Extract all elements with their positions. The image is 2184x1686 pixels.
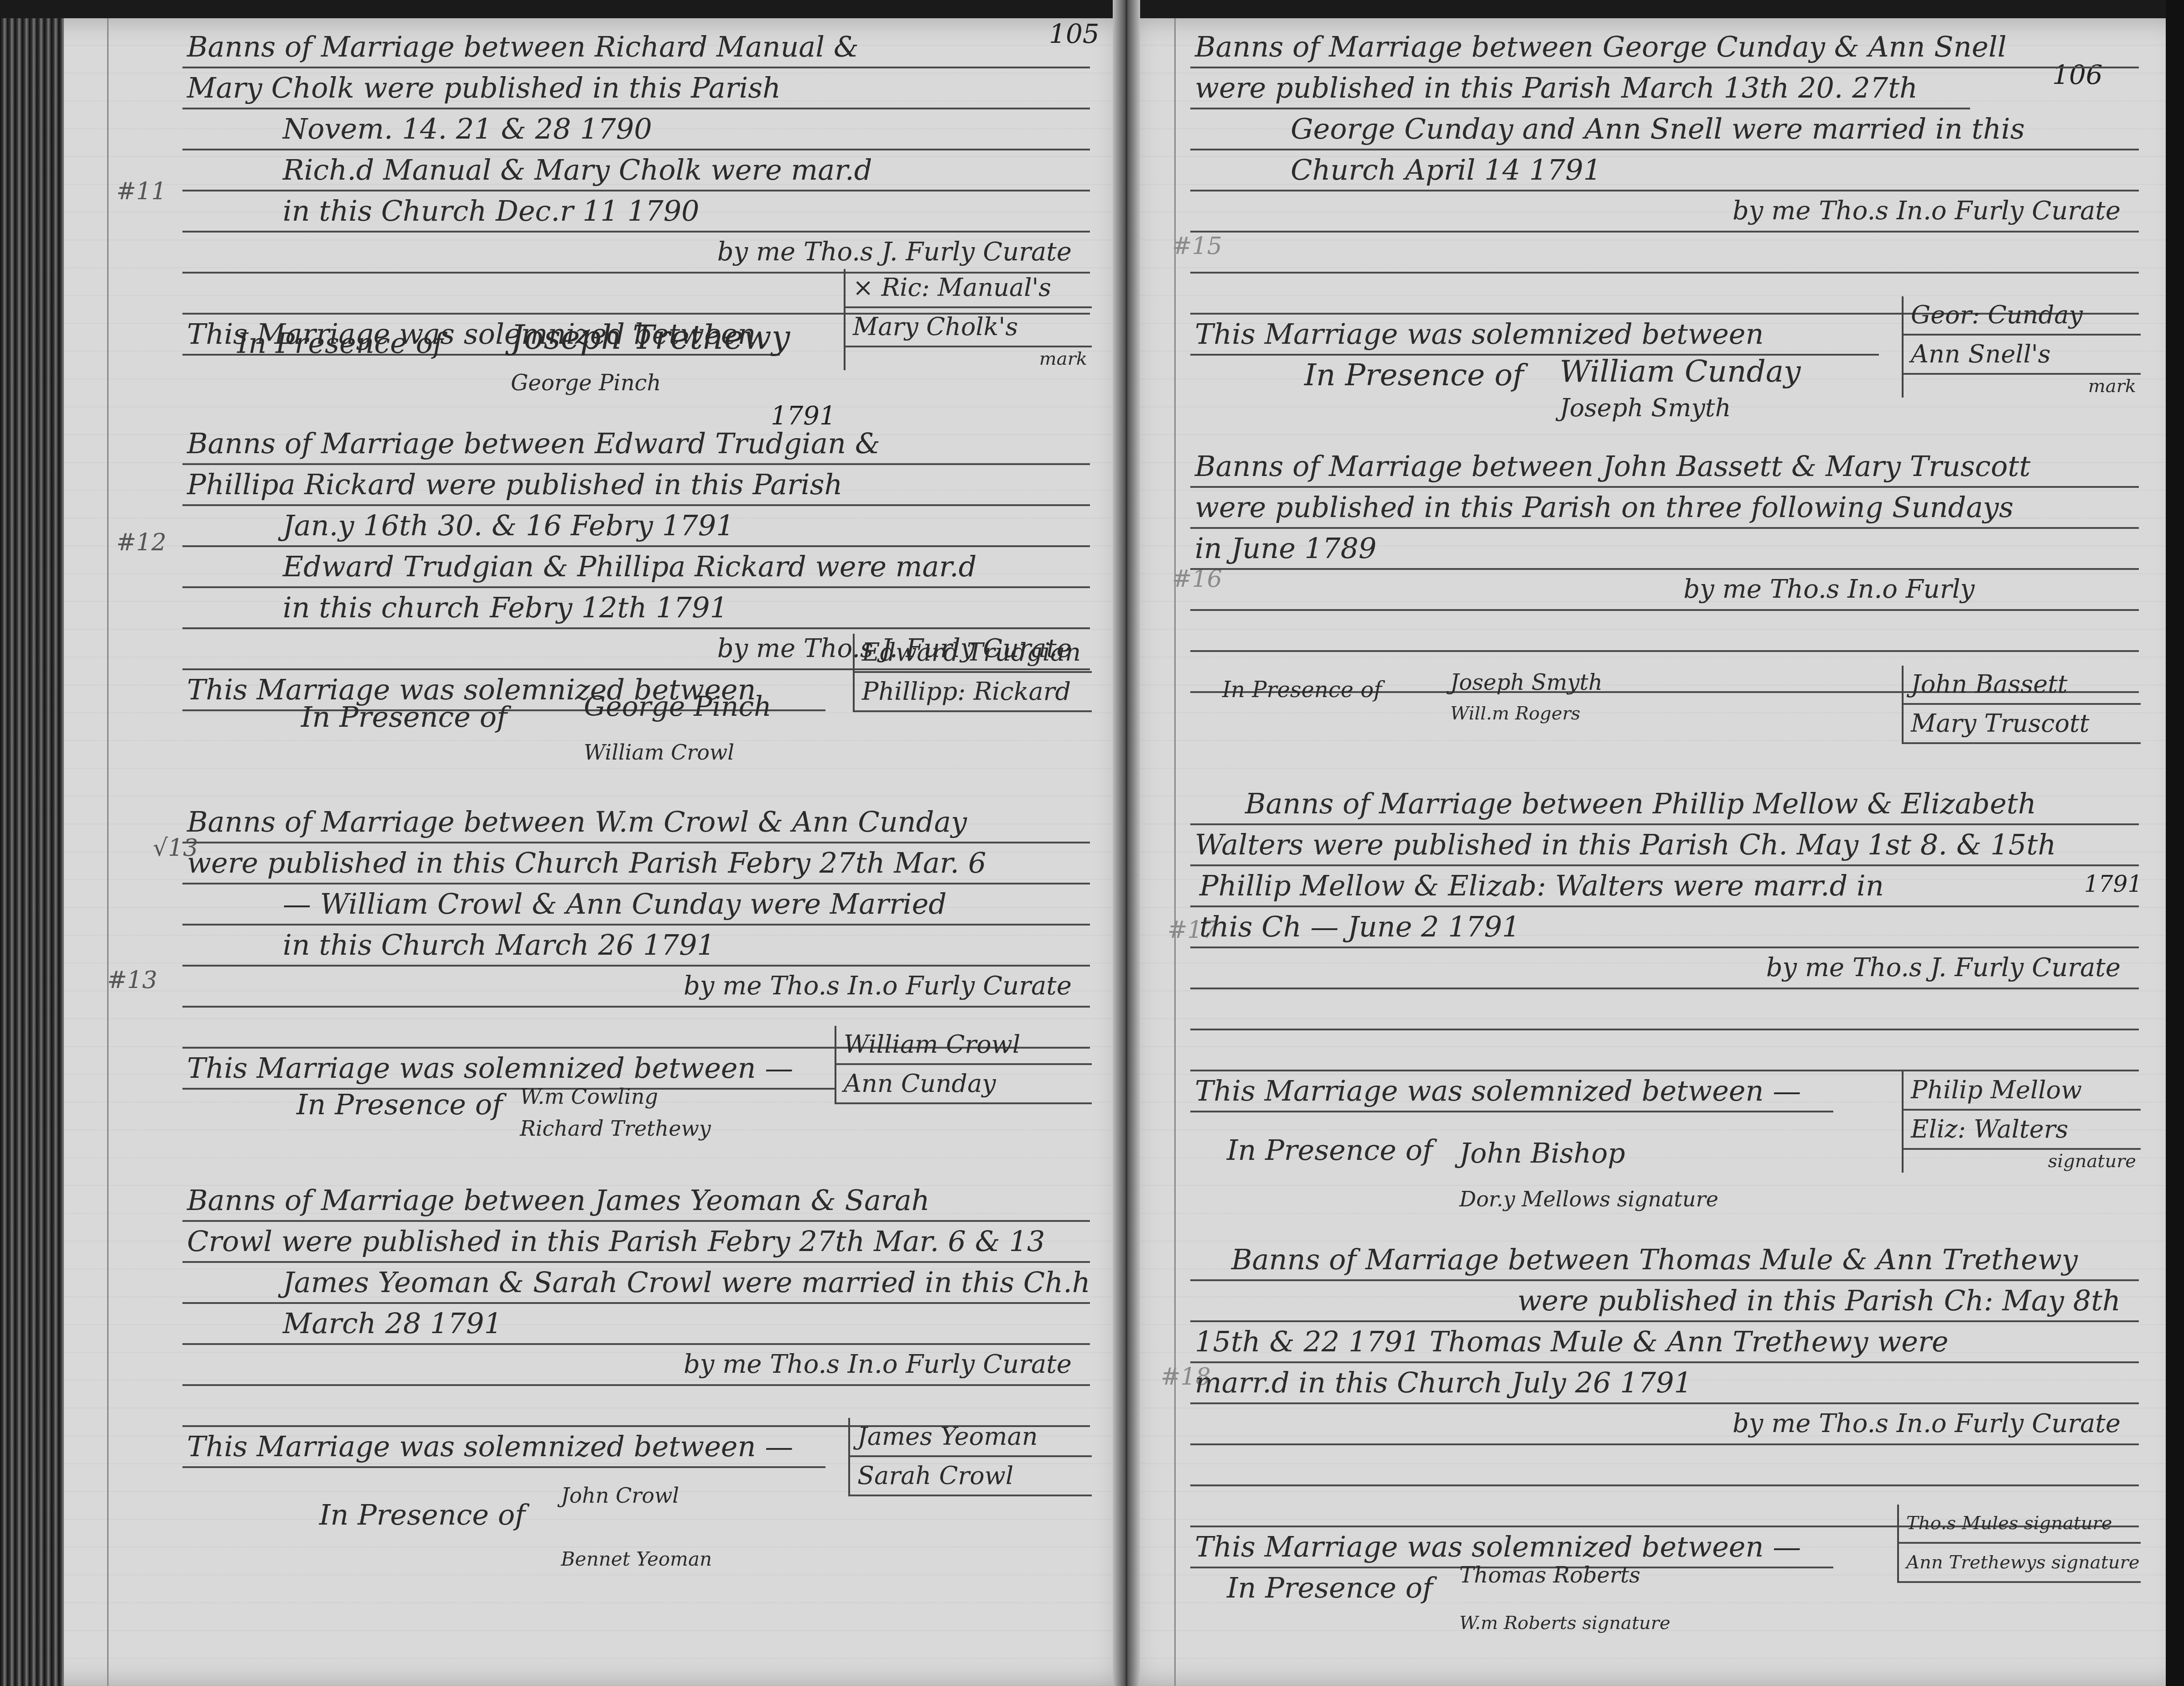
book-gutter [1113,0,1140,1686]
solemnized-statement: This Marriage was solemnized between — [1190,1071,1833,1112]
ruled-line [1190,611,2139,652]
register-entry: Banns of Marriage between Phillip Mellow… [1190,784,2139,1112]
marriage-line: Church April 14 1791 [1190,150,2139,191]
presence-label: In Presence of [1222,1131,1482,1170]
ruled-line [1190,1445,2139,1486]
witness-list: Joseph Trethewy George Pinch [511,315,790,406]
witness-list: Joseph Smyth Will.m Rogers [1450,666,1603,727]
banns-line: were published in this Parish March 13th… [1190,68,1970,109]
presence-label: In Presence of [1218,670,1441,709]
witness: W.m Roberts signature [1459,1609,1670,1637]
witness-list: John Crowl Bennet Yeoman [561,1454,712,1582]
solemnized-statement: This Marriage was solemnized between [1190,315,1879,356]
banns-line: Banns of Marriage between George Cunday … [1190,27,2139,68]
witness: Bennet Yeoman [561,1536,712,1582]
marriage-line: — William Crowl & Ann Cunday were Marrie… [182,884,1090,926]
marriage-line: George Cunday and Ann Snell were married… [1190,109,2139,150]
marriage-line: Rich.d Manual & Mary Cholk were mar.d [182,150,1090,191]
marriage-parties: John Bassett Mary Truscott [1902,666,2141,744]
witness: Thomas Roberts [1459,1541,1670,1609]
marriage-line: in this Church March 26 1791 [182,926,1090,967]
witness: John Crowl [561,1454,712,1536]
banns-line: were published in this Parish Ch: May 8t… [1190,1281,2139,1322]
party-groom: × Ric: Manual's [846,269,1092,308]
party-mark-label: signature [1904,1150,2141,1173]
witness: Joseph Smyth [1560,392,1800,424]
witness-list: George Pinch William Crowl [584,684,772,775]
witness: Will.m Rogers [1450,700,1603,727]
marriage-parties: Geor: Cunday Ann Snell's mark [1902,296,2141,398]
register-entry: Banns of Marriage between John Bassett &… [1190,447,2139,693]
party-groom: Geor: Cunday [1904,296,2141,336]
margin-rule [1174,18,1176,1686]
marriage-parties: Edward Trudgian Phillipp: Rickard [853,634,1092,712]
marriage-line: Edward Trudgian & Phillipa Rickard were … [182,547,1090,588]
witness-list: John Bishop Dor.y Mellows signature [1459,1131,1718,1222]
party-bride: Ann Trethewys signature [1899,1544,2141,1583]
party-groom: Philip Mellow [1904,1071,2141,1111]
party-mark-label: mark [846,347,1092,370]
banns-line: Phillipa Rickard were published in this … [182,465,1090,506]
party-bride: Sarah Crowl [850,1457,1092,1496]
presence-label: In Presence of [292,1085,552,1124]
party-bride: Ann Snell's [1904,336,2141,375]
presence-label: In Presence of [233,324,511,363]
marriage-line: March 28 1791 [182,1304,1090,1345]
book-page-edges [0,18,64,1686]
witness: John Bishop [1459,1131,1718,1176]
presence-label: In Presence of [1300,356,1560,395]
banns-line: Banns of Marriage between James Yeoman &… [182,1181,1090,1222]
officiant-signature: by me Tho.s In.o Furly Curate [182,967,1090,1008]
witness: William Crowl [584,729,772,775]
marriage-line: in this church Febry 12th 1791 [182,588,1090,629]
party-groom: Edward Trudgian [855,634,1092,673]
party-bride: Ann Cunday [836,1065,1092,1104]
banns-line: Banns of Marriage between W.m Crowl & An… [182,802,1090,843]
year-note: 1791 [2084,871,2142,897]
banns-line: Walters were published in this Parish Ch… [1190,825,2139,866]
margin-note: #13 [107,967,157,994]
party-groom: William Crowl [836,1026,1092,1065]
marriage-line: this Ch — June 2 1791 [1190,907,2139,948]
marriage-line: Phillip Mellow & Elizab: Walters were ma… [1190,866,2139,907]
marriage-line: James Yeoman & Sarah Crowl were married … [182,1263,1090,1304]
marriage-parties: × Ric: Manual's Mary Cholk's mark [844,269,1092,370]
witness: Dor.y Mellows signature [1459,1176,1718,1222]
marriage-line: in this Church Dec.r 11 1790 [182,191,1090,233]
scan-edge [2166,0,2184,1686]
marriage-line: marr.d in this Church July 26 1791 [1190,1363,2139,1404]
banns-line: Banns of Marriage between Thomas Mule & … [1190,1240,2139,1281]
party-groom: John Bassett [1904,666,2141,705]
banns-line: were published in this Parish on three f… [1190,488,2139,529]
party-bride: Phillipp: Rickard [855,673,1092,712]
party-bride: Mary Cholk's [846,308,1092,347]
banns-line: were published in this Church Parish Feb… [182,843,1090,884]
witness: Richard Trethewy [520,1112,711,1144]
marriage-parties: William Crowl Ann Cunday [835,1026,1092,1104]
marriage-parties: Tho.s Mules signature Ann Trethewys sign… [1897,1505,2141,1583]
ruled-line [1190,1030,2139,1071]
officiant-signature: by me Tho.s In.o Furly [1190,570,2139,611]
margin-rule [107,18,109,1686]
banns-dates: Jan.y 16th 30. & 16 Febry 1791 [182,506,1090,547]
ruled-line [1190,989,2139,1030]
party-bride: Mary Truscott [1904,705,2141,744]
marriage-parties: James Yeoman Sarah Crowl [848,1418,1092,1496]
witness: George Pinch [511,360,790,406]
register-spread: 105 106 #11 #12 √13 #13 #15 #16 #17 #18 … [0,0,2184,1686]
presence-label: In Presence of [1222,1568,1482,1608]
witness: William Cunday [1560,351,1800,392]
witness: Joseph Smyth [1450,666,1603,700]
presence-label: In Presence of [296,698,575,737]
party-groom: James Yeoman [850,1418,1092,1457]
banns-line: Banns of Marriage between Richard Manual… [182,27,1090,68]
officiant-signature: by me Tho.s In.o Furly Curate [1190,191,2139,233]
officiant-signature: by me Tho.s In.o Furly Curate [1190,1404,2139,1445]
margin-note: #12 [116,529,166,556]
marriage-parties: Philip Mellow Eliz: Walters signature [1902,1071,2141,1173]
officiant-signature: by me Tho.s J. Furly Curate [182,233,1090,274]
witness-list: Thomas Roberts W.m Roberts signature [1459,1541,1670,1637]
banns-line: Banns of Marriage between Phillip Mellow… [1190,784,2139,825]
solemnized-statement: This Marriage was solemnized between — [182,1049,835,1090]
solemnized-statement: This Marriage was solemnized between — [182,1427,825,1468]
officiant-signature: by me Tho.s J. Furly Curate [1190,948,2139,989]
witness: W.m Cowling [520,1081,711,1112]
party-mark-label: mark [1904,375,2141,398]
witness-list: W.m Cowling Richard Trethewy [520,1081,711,1144]
presence-label: In Presence of [315,1495,575,1535]
margin-note: #11 [116,178,166,205]
banns-dates: in June 1789 [1190,529,2139,570]
banns-line: Banns of Marriage between Edward Trudgia… [182,424,1090,465]
banns-dates: 15th & 22 1791 Thomas Mule & Ann Trethew… [1190,1322,2139,1363]
banns-line: Mary Cholk were published in this Parish [182,68,1090,109]
banns-line: Banns of Marriage between John Bassett &… [1190,447,2139,488]
witness-list: William Cunday Joseph Smyth [1560,351,1800,424]
banns-dates: Novem. 14. 21 & 28 1790 [182,109,1090,150]
witness: George Pinch [584,684,772,729]
officiant-signature: by me Tho.s In.o Furly Curate [182,1345,1090,1386]
banns-line: Crowl were published in this Parish Febr… [182,1222,1090,1263]
witness: Joseph Trethewy [511,315,790,360]
party-bride: Eliz: Walters [1904,1111,2141,1150]
party-groom: Tho.s Mules signature [1899,1505,2141,1544]
ruled-line [1190,233,2139,274]
